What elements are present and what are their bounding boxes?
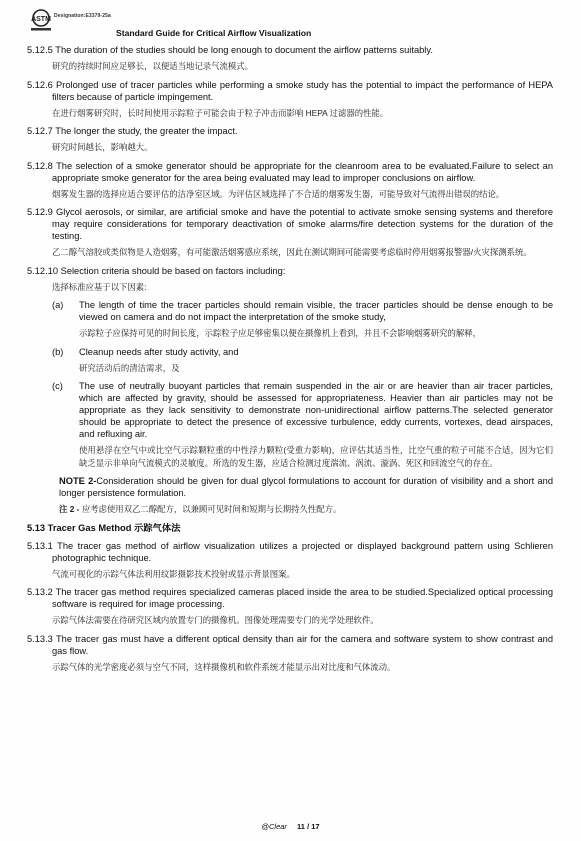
- page-footer: @Clear 11 / 17: [0, 822, 581, 831]
- list-item-c: (c)The use of neutrally buoyant particle…: [27, 380, 553, 440]
- clause-5-12-9: 5.12.9 Glycol aerosols, or similar, are …: [27, 206, 553, 242]
- clause-5-12-7-cn: 研究时间越长，影响越大。: [27, 141, 553, 154]
- clause-5-13-2-cn: 示踪气体法需要在待研究区域内放置专门的摄像机。图像处理需要专门的光学处理软件。: [27, 614, 553, 627]
- clause-5-13-3-cn: 示踪气体的光学密度必须与空气不同，这样摄像机和软件系统才能显示出对比度和气体流动…: [27, 661, 553, 674]
- designation-label: Designation:E3379-25a: [54, 13, 111, 19]
- clause-5-12-6-cn: 在进行烟雾研究时，长时间使用示踪粒子可能会由于粒子冲击而影响 HEPA 过滤器的…: [27, 107, 553, 120]
- list-item-a: (a)The length of time the tracer particl…: [27, 299, 553, 323]
- clause-5-12-6: 5.12.6 Prolonged use of tracer particles…: [27, 79, 553, 103]
- astm-logo-icon: ASTM: [29, 8, 53, 32]
- clause-5-12-10: 5.12.10 Selection criteria should be bas…: [27, 265, 553, 277]
- clause-5-13-2: 5.13.2 The tracer gas method requires sp…: [27, 586, 553, 610]
- clause-5-12-7: 5.12.7 The longer the study, the greater…: [27, 125, 553, 137]
- note-2-cn: 注 2 - 应考虑使用双乙二醇配方，以兼顾可见时间和短期与长期持久性配方。: [27, 503, 553, 516]
- document-body: 5.12.5 The duration of the studies shoul…: [27, 44, 553, 673]
- clause-5-12-8-cn: 烟雾发生器的选择应适合要评估的洁净室区域。为评估区域选择了不合适的烟雾发生器，可…: [27, 188, 553, 201]
- section-heading-5-13: 5.13 Tracer Gas Method 示踪气体法: [27, 522, 553, 534]
- page-number-current: 11: [297, 822, 305, 831]
- page-number-separator: /: [307, 822, 309, 831]
- list-item-c-cn: 使用悬浮在空气中或比空气示踪颗粒重的中性浮力颗粒(受重力影响)，应评估其适当性，…: [27, 444, 553, 469]
- clause-5-13-3: 5.13.3 The tracer gas must have a differ…: [27, 633, 553, 657]
- clause-5-13-1-cn: 气流可视化的示踪气体法利用纹影摄影技术投射或显示背景图案。: [27, 568, 553, 581]
- document-page: ASTM Designation:E3379-25a Standard Guid…: [0, 0, 581, 841]
- list-item-b-cn: 研究活动后的清洁需求，及: [27, 362, 553, 375]
- clause-5-12-8: 5.12.8 The selection of a smoke generato…: [27, 160, 553, 184]
- page-number-total: 17: [311, 822, 319, 831]
- clause-5-12-5: 5.12.5 The duration of the studies shoul…: [27, 44, 553, 56]
- page-header-title: Standard Guide for Critical Airflow Visu…: [116, 28, 311, 38]
- clause-5-13-1: 5.13.1 The tracer gas method of airflow …: [27, 540, 553, 564]
- list-item-b: (b)Cleanup needs after study activity, a…: [27, 346, 553, 358]
- footer-brand: @Clear: [261, 822, 287, 831]
- note-2: NOTE 2-Consideration should be given for…: [27, 475, 553, 499]
- list-item-a-cn: 示踪粒子应保持可见的时间长度，示踪粒子应足够密集以便在摄像机上看到，并且不会影响…: [27, 327, 553, 340]
- clause-5-12-10-cn: 选择标准应基于以下因素:: [27, 281, 553, 294]
- clause-5-12-5-cn: 研究的持续时间应足够长，以便适当地记录气流模式。: [27, 60, 553, 73]
- svg-text:ASTM: ASTM: [31, 16, 51, 23]
- clause-5-12-9-cn: 乙二醇气溶胶或类似物是人造烟雾，有可能激活烟雾感应系统，因此在测试期间可能需要考…: [27, 246, 553, 259]
